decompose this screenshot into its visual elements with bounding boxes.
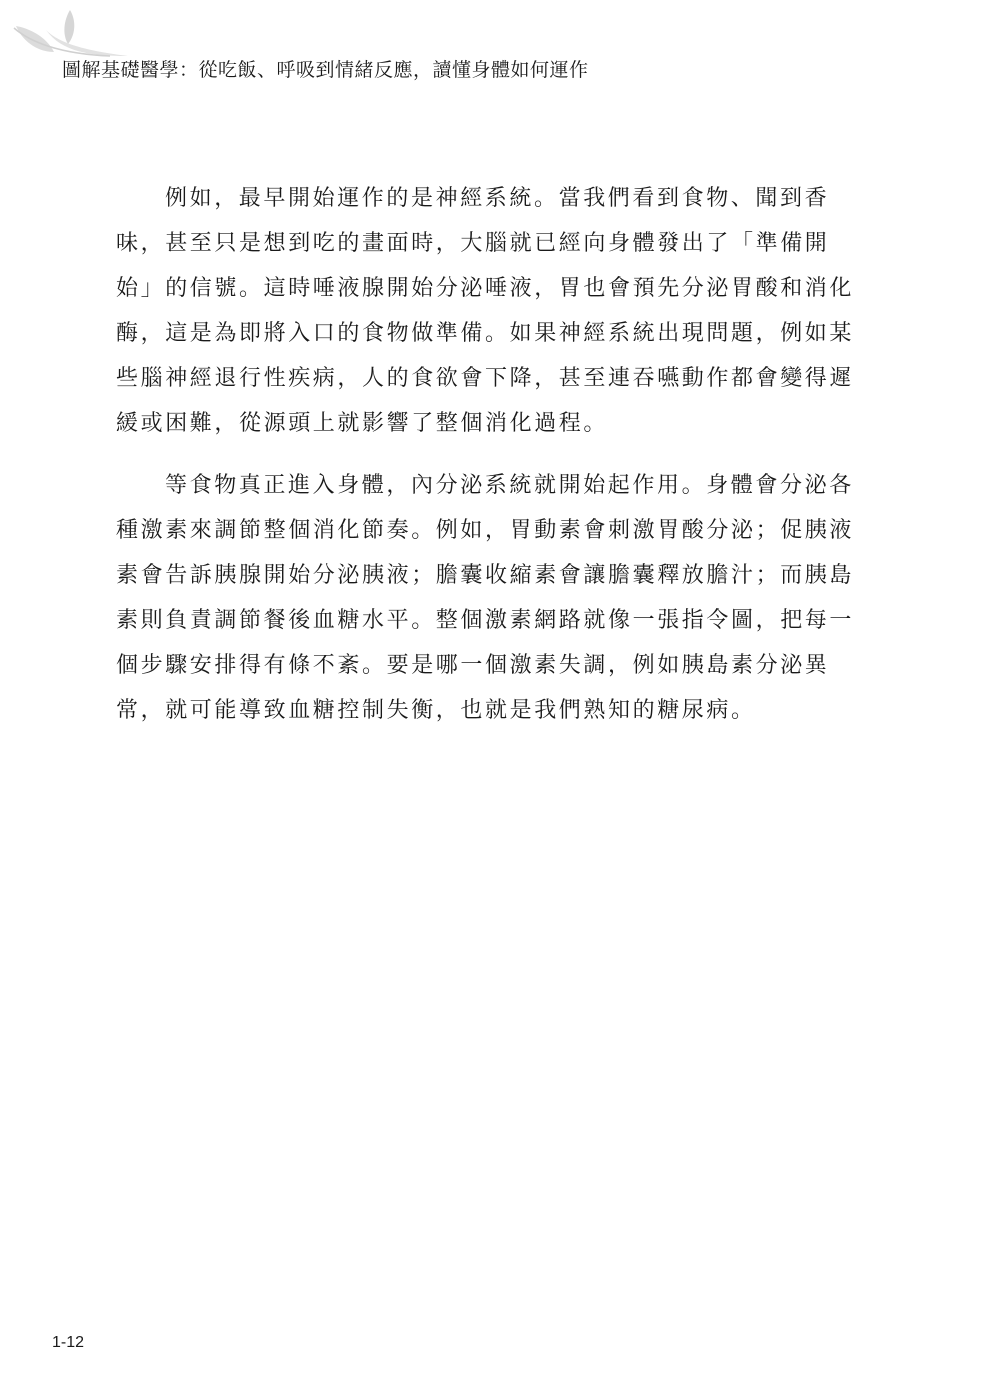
paragraph-endocrine-system: 等食物真正進入身體，內分泌系統就開始起作用。身體會分泌各 種激素來調節整個消化節…	[116, 463, 864, 733]
text-line: 常，就可能導致血糖控制失衡，也就是我們熟知的糖尿病。	[116, 688, 864, 733]
text-line: 酶，這是為即將入口的食物做準備。如果神經系統出現問題，例如某	[116, 311, 864, 356]
text-line: 素會告訴胰腺開始分泌胰液；膽囊收縮素會讓膽囊釋放膽汁；而胰島	[116, 553, 864, 598]
text-line: 緩或困難，從源頭上就影響了整個消化過程。	[116, 401, 864, 446]
text-line: 始」的信號。這時唾液腺開始分泌唾液，胃也會預先分泌胃酸和消化	[116, 266, 864, 311]
text-line: 種激素來調節整個消化節奏。例如，胃動素會刺激胃酸分泌；促胰液	[116, 508, 864, 553]
text-line: 味，甚至只是想到吃的畫面時，大腦就已經向身體發出了「準備開	[116, 221, 864, 266]
text-line: 例如，最早開始運作的是神經系統。當我們看到食物、聞到香	[116, 176, 864, 221]
page-number: 1-12	[52, 1334, 84, 1352]
text-line: 等食物真正進入身體，內分泌系統就開始起作用。身體會分泌各	[116, 463, 864, 508]
running-header-title: 圖解基礎醫學：從吃飯、呼吸到情緒反應，讀懂身體如何運作	[62, 55, 589, 82]
text-line: 些腦神經退行性疾病，人的食欲會下降，甚至連吞嚥動作都會變得遲	[116, 356, 864, 401]
leaf-icon	[10, 6, 130, 58]
body-text: 例如，最早開始運作的是神經系統。當我們看到食物、聞到香 味，甚至只是想到吃的畫面…	[116, 176, 864, 750]
text-line: 素則負責調節餐後血糖水平。整個激素網路就像一張指令圖，把每一	[116, 598, 864, 643]
paragraph-nervous-system: 例如，最早開始運作的是神經系統。當我們看到食物、聞到香 味，甚至只是想到吃的畫面…	[116, 176, 864, 446]
text-line: 個步驟安排得有條不紊。要是哪一個激素失調，例如胰島素分泌異	[116, 643, 864, 688]
